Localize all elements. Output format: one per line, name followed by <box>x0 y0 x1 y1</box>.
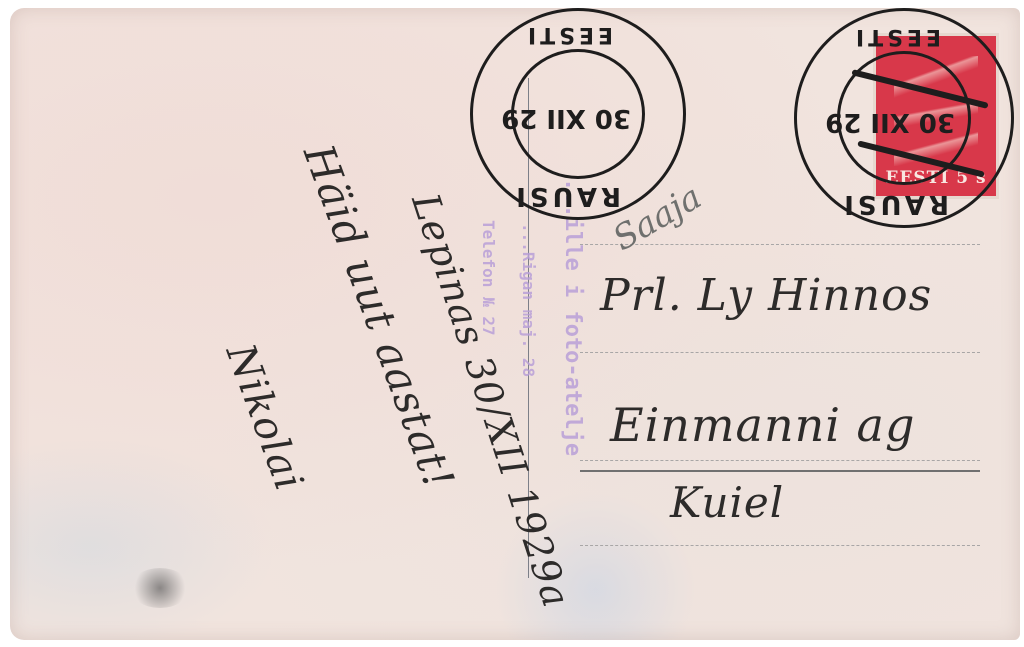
address-rule-3b <box>580 470 980 472</box>
postmark-left: RAUSI EESTI 30 XII 29 <box>470 8 686 220</box>
address-line-3: Kuiel <box>670 478 784 527</box>
message-signature: Nikolai <box>217 338 312 497</box>
studio-stamp-line2: ...Rigan maj. 28 <box>519 223 538 377</box>
postmark-left-date: 30 XII 29 <box>501 103 631 133</box>
postmark-right: RAUSI EESTI 30 XII 29 <box>794 8 1014 228</box>
address-line-2: Einmanni ag <box>610 398 915 452</box>
postmark-left-country: EESTI <box>524 22 613 47</box>
address-rule-2 <box>580 352 980 353</box>
postmark-right-country: EESTI <box>852 24 941 49</box>
postmark-right-date: 30 XII 29 <box>825 107 955 137</box>
postcard-back: ...ille i foto-atelje ...Rigan maj. 28 T… <box>10 8 1020 640</box>
postmark-left-place: RAUSI <box>512 181 621 211</box>
address-rule-3 <box>580 460 980 461</box>
ink-smudge <box>130 568 190 608</box>
address-line-1: Prl. Ly Hinnos <box>600 270 932 321</box>
postmark-right-place: RAUSI <box>840 189 949 219</box>
address-rule-4 <box>580 545 980 546</box>
